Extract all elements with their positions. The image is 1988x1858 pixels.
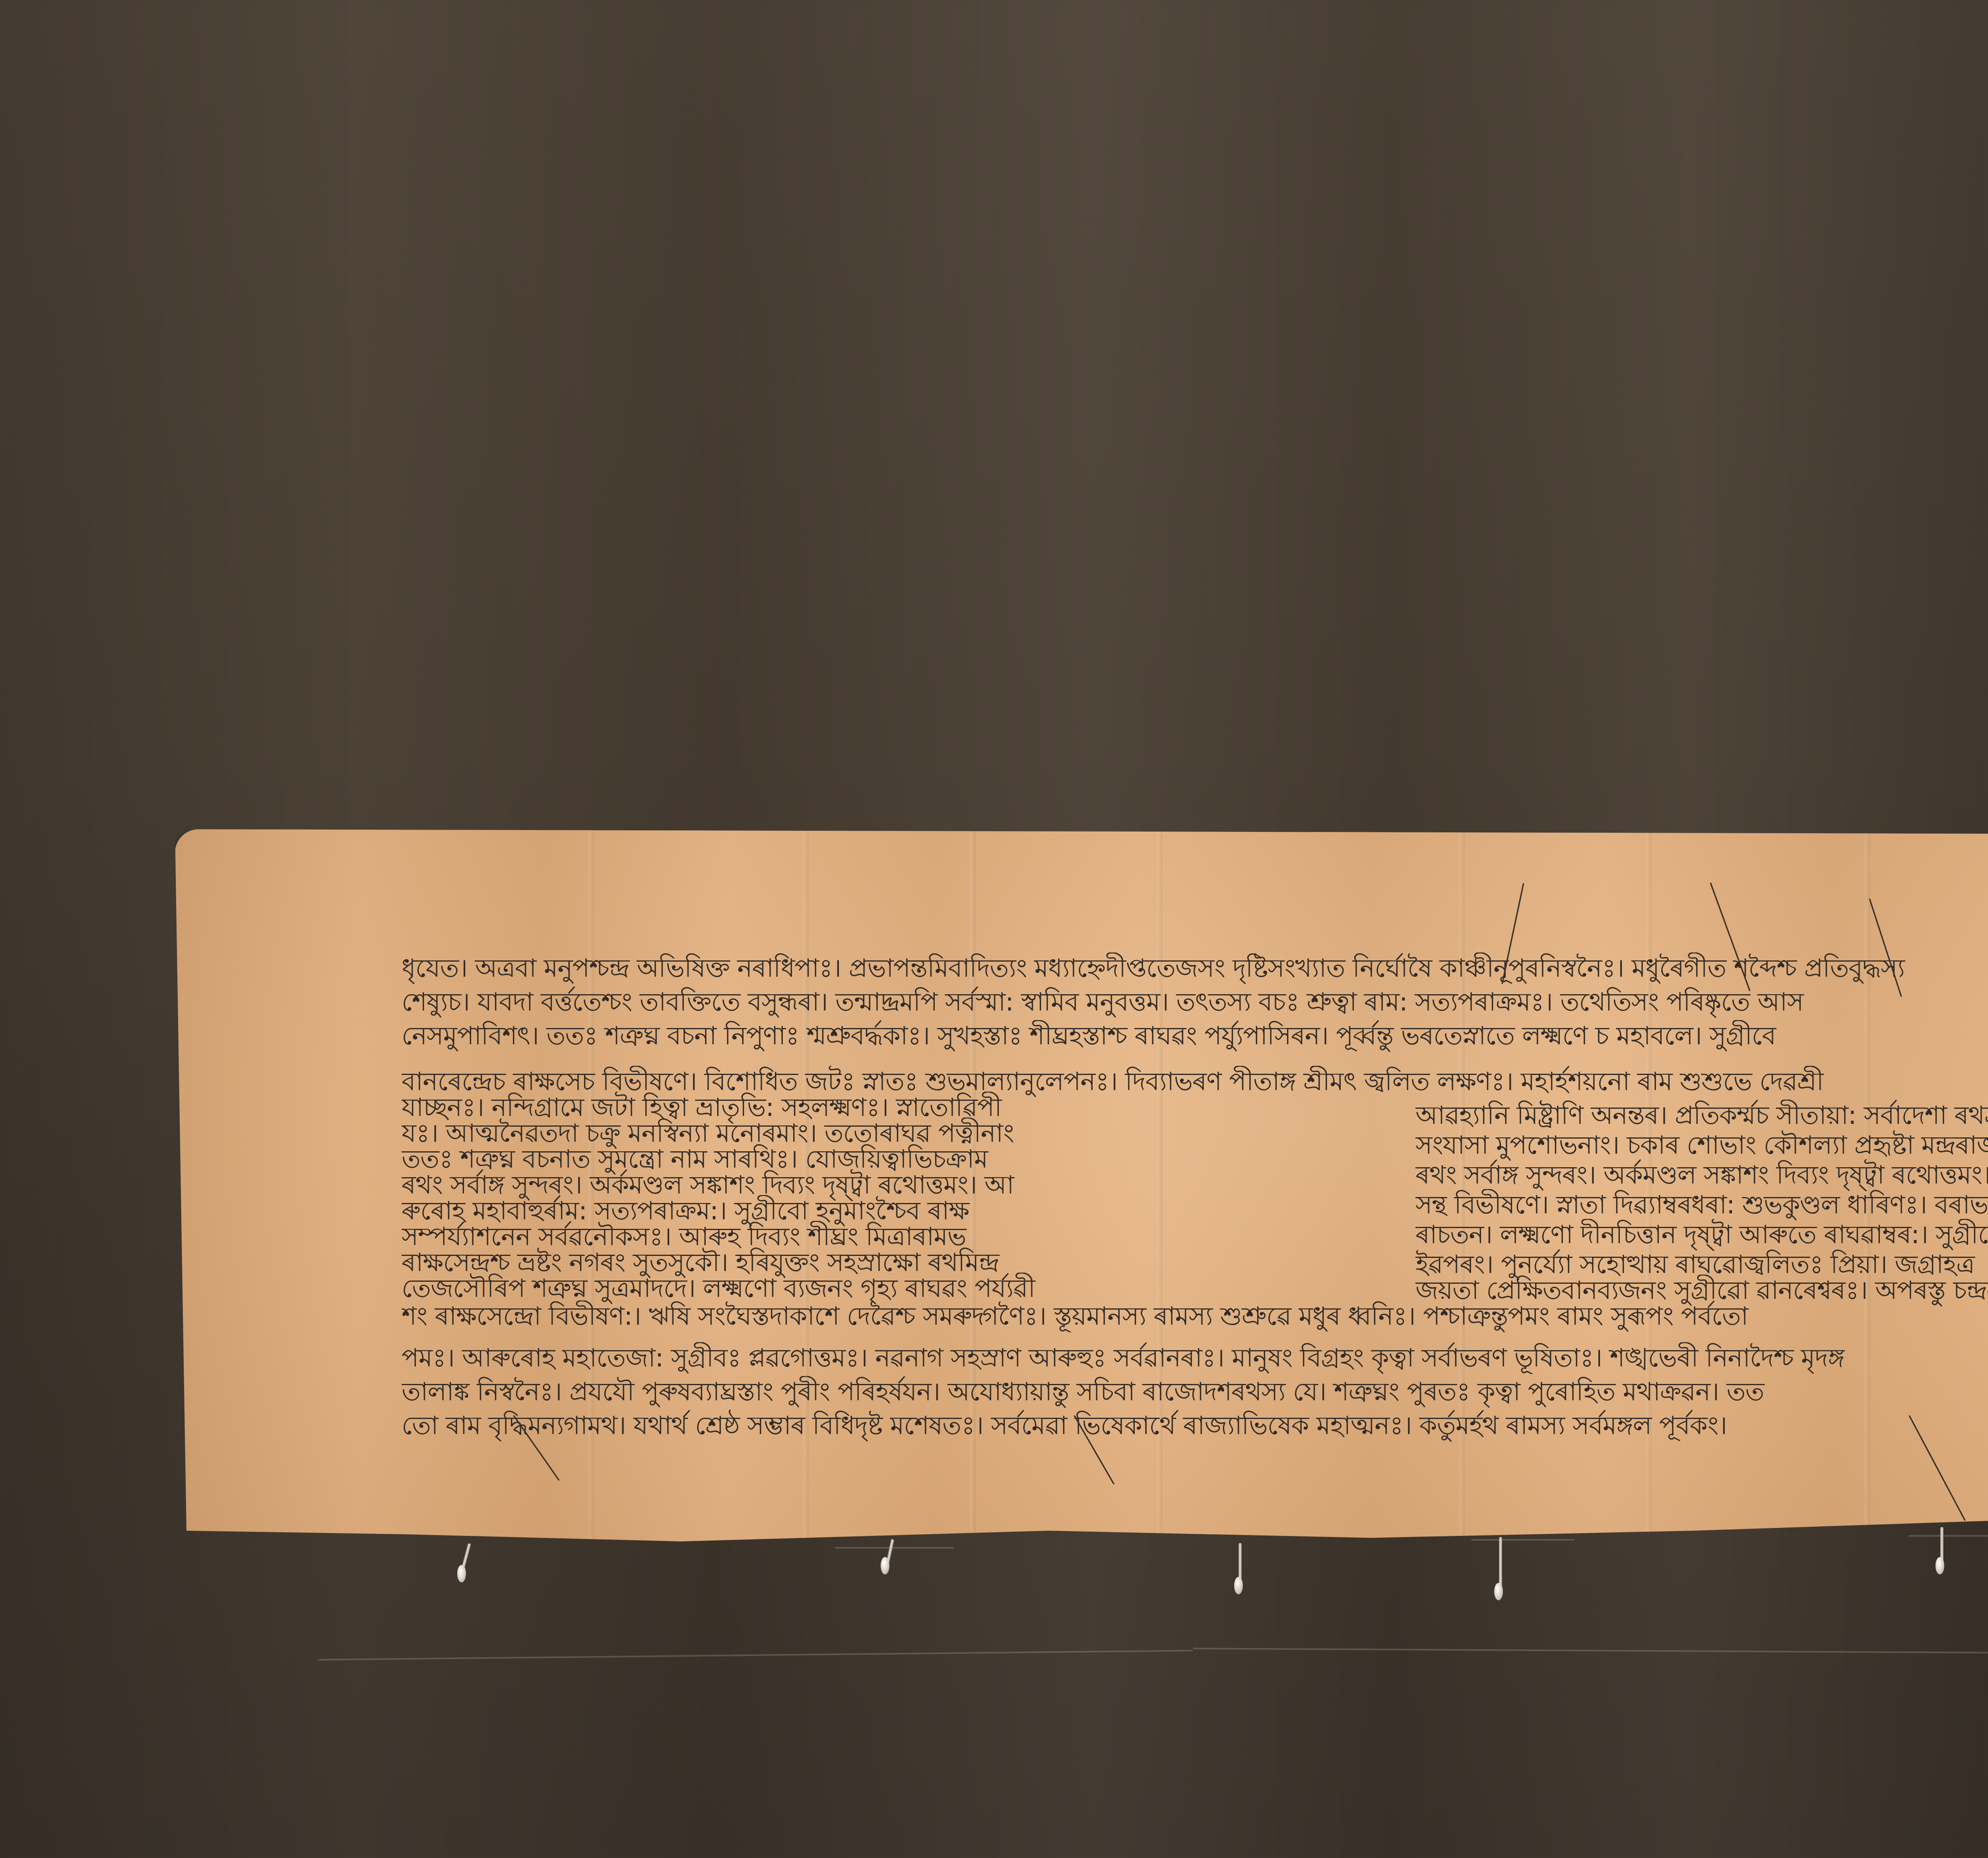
chalk-guide-line <box>835 1547 954 1549</box>
manuscript-line-right: সংযাসা মুপশোভনাং। চকাৰ শোভাং কৌশল্যা প্ৰ… <box>1415 1129 1988 1161</box>
manuscript-line: পমঃ। আৰুৰোহ মহাতেজা: সুগ্ৰীবঃ প্লৱগোত্তম… <box>402 1342 1988 1374</box>
manuscript-line-left: তেজসৌৰিপ শত্ৰুঘ্ন সুত্ৰমাদদে। লক্ষ্মণো ব… <box>402 1273 1268 1304</box>
manuscript-line-right: ৰথং সৰ্বাঙ্গ সুন্দৰং। অৰ্কমণ্ডল সঙ্কাশং … <box>1415 1159 1988 1191</box>
manuscript-line: শং ৰাক্ষসেন্দ্ৰো বিভীষণ:। ঋষি সংঘৈস্তদাক… <box>402 1300 1988 1332</box>
manuscript-line: তালাঙ্ক নিস্বনৈঃ। প্ৰযযৌ পুৰুষব্যাঘ্ৰস্ত… <box>402 1376 1988 1408</box>
manuscript-line: শেষ্যুচ। যাবদা বৰ্ত্ততেশ্চং তাবক্তিতে বস… <box>402 986 1988 1018</box>
manuscript-line: তো ৰাম বৃদ্ধিমন্যগামথ। যথাৰ্থ শ্ৰেষ্ঠ সম… <box>402 1410 1988 1442</box>
manuscript-line: ধৃযেত। অত্ৰবা মনুপশ্চন্দ্ৰ অভিষিক্ত নৰাধ… <box>402 952 1988 984</box>
chalk-guide-line <box>318 1650 1193 1660</box>
manuscript-line: নেসমুপাবিশৎ। ততঃ শত্ৰুঘ্ন বচনা নিপুণাঃ শ… <box>402 1020 1988 1052</box>
chalk-guide-line <box>1908 1535 1988 1537</box>
manuscript-line-right: আৱহ্যানি মিষ্ট্ৰাণি অনন্তৰ। প্ৰতিকৰ্ম্মচ… <box>1415 1100 1988 1131</box>
manuscript-line-right: ৰাচতন। লক্ষ্মণো দীনচিত্তান দৃষ্ট্বা আৰুত… <box>1415 1219 1988 1251</box>
chalk-guide-line <box>1193 1648 1988 1655</box>
chalk-guide-line <box>1471 1539 1574 1541</box>
blank-string-hole-window <box>1272 1098 1411 1281</box>
manuscript-line-right: সন্থ বিভীষণে। স্নাতা দিৱ্যাম্বৰধৰা: শুভক… <box>1415 1189 1988 1221</box>
